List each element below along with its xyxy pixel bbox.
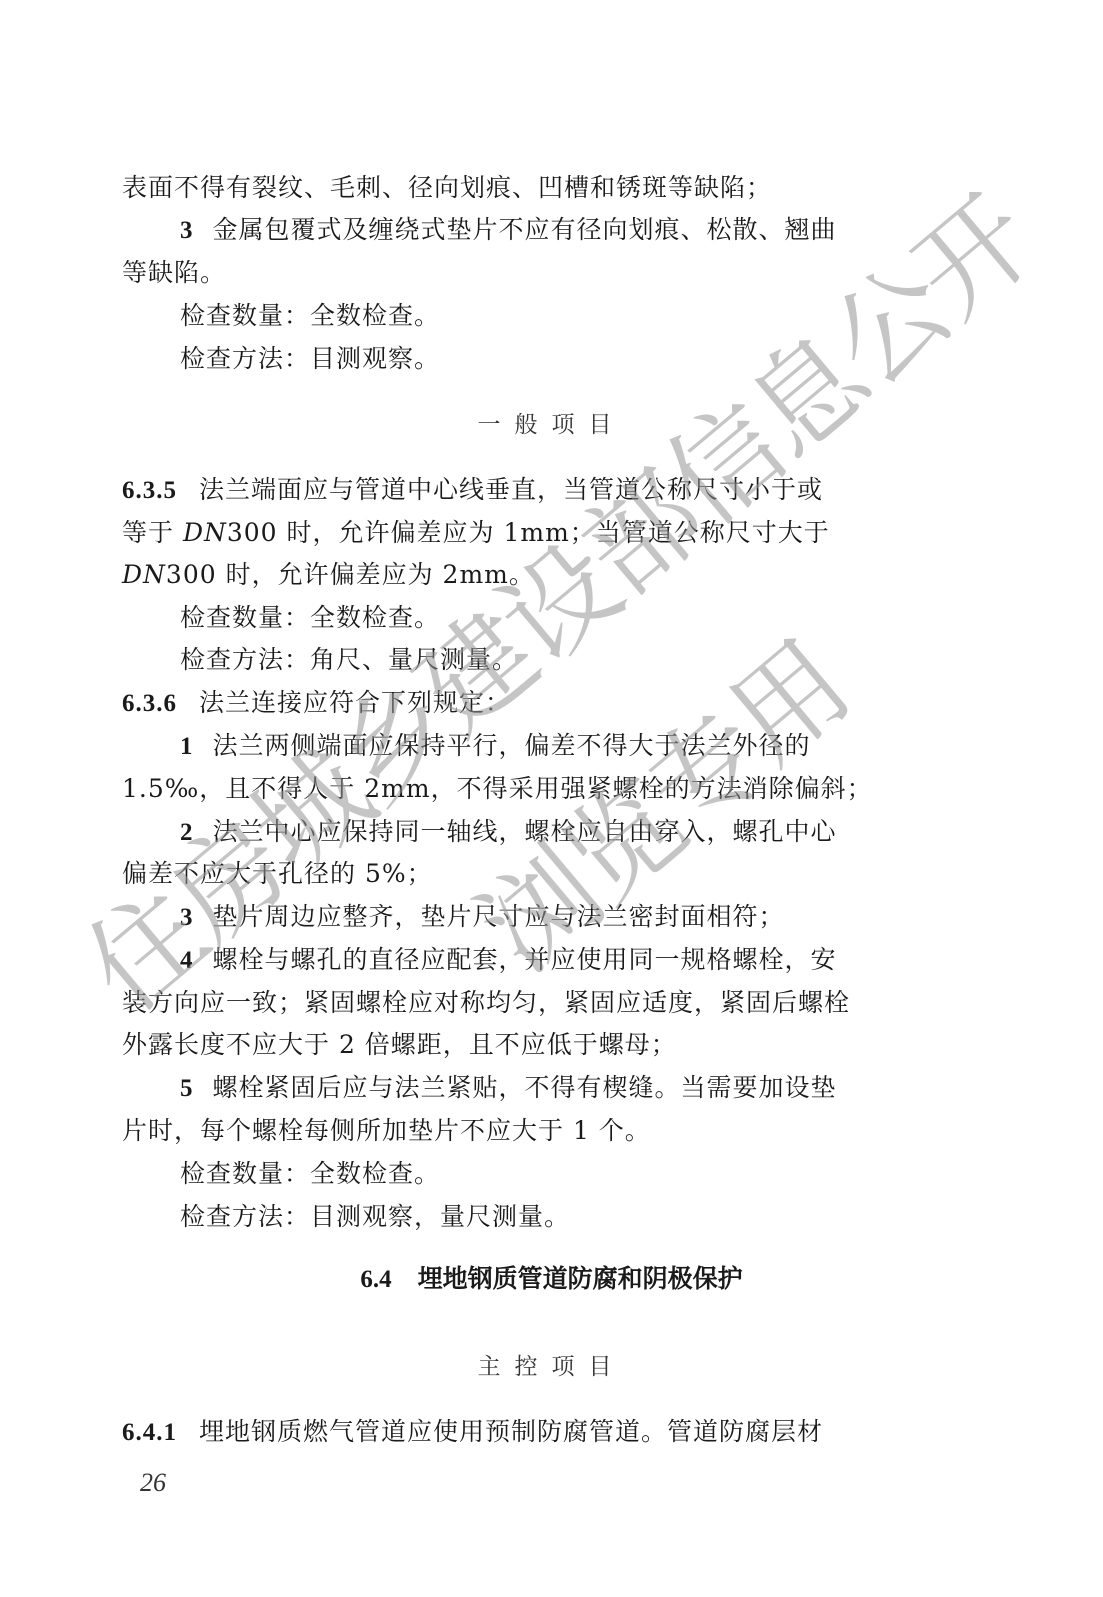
clause-6-3-6: 6.3.6法兰连接应符合下列规定： <box>122 686 922 721</box>
check-method: 检查方法：角尺、量尺测量。 <box>180 643 980 677</box>
item-text: 金属包覆式及缠绕式垫片不应有径向划痕、松散、翘曲 <box>213 215 837 244</box>
section-number: 6.4 <box>360 1266 391 1293</box>
list-item-2: 2法兰中心应保持同一轴线，螺栓应自由穿入，螺孔中心 <box>180 815 980 850</box>
clause-6-3-5: 6.3.5法兰端面应与管道中心线垂直，当管道公称尺寸小于或 <box>122 473 922 508</box>
item-number: 3 <box>180 217 193 244</box>
dn-symbol: DN <box>122 560 166 589</box>
check-quantity: 检查数量：全数检查。 <box>180 601 980 635</box>
item-text: 法兰中心应保持同一轴线，螺栓应自由穿入，螺孔中心 <box>213 817 837 846</box>
text: 300 时，允许偏差应为 2mm。 <box>166 560 535 589</box>
text-line: 外露长度不应大于 2 倍螺距，且不应低于螺母； <box>122 1028 922 1062</box>
clause-text: 法兰连接应符合下列规定： <box>199 688 511 717</box>
text-line: 片时，每个螺栓每侧所加垫片不应大于 1 个。 <box>122 1114 922 1148</box>
item-text: 螺栓与螺孔的直径应配套，并应使用同一规格螺栓，安 <box>213 945 837 974</box>
check-method: 检查方法：目测观察。 <box>180 342 980 376</box>
list-item-3: 3垫片周边应整齐，垫片尺寸应与法兰密封面相符； <box>180 900 980 935</box>
check-quantity: 检查数量：全数检查。 <box>180 1157 980 1191</box>
clause-text: 法兰端面应与管道中心线垂直，当管道公称尺寸小于或 <box>199 475 823 504</box>
item-text: 法兰两侧端面应保持平行，偏差不得大于法兰外径的 <box>213 731 811 760</box>
item-number: 5 <box>180 1075 193 1102</box>
text-line: DN300 时，允许偏差应为 2mm。 <box>122 558 922 592</box>
subheading-general-items: 一般项目 <box>0 408 1103 442</box>
text-line: 1.5‰，且不得人于 2mm，不得采用强紧螺栓的方法消除偏斜； <box>122 772 922 806</box>
dn-symbol: DN <box>183 518 227 547</box>
document-page: 表面不得有裂纹、毛刺、径向划痕、凹槽和锈斑等缺陷； 3金属包覆式及缠绕式垫片不应… <box>0 0 1103 1597</box>
subheading-main-items: 主控项目 <box>0 1350 1103 1384</box>
check-method: 检查方法：目测观察，量尺测量。 <box>180 1200 980 1234</box>
section-title-6-4: 6.4埋地钢质管道防腐和阴极保护 <box>0 1262 1103 1297</box>
list-item-5: 5螺栓紧固后应与法兰紧贴，不得有楔缝。当需要加设垫 <box>180 1071 980 1106</box>
text: 300 时，允许偏差应为 1mm；当管道公称尺寸大于 <box>227 518 830 547</box>
item-number: 4 <box>180 947 193 974</box>
text-line: 装方向应一致；紧固螺栓应对称均匀，紧固应适度，紧固后螺栓 <box>122 986 922 1020</box>
text-line: 表面不得有裂纹、毛刺、径向划痕、凹槽和锈斑等缺陷； <box>122 171 922 205</box>
list-item-3: 3金属包覆式及缠绕式垫片不应有径向划痕、松散、翘曲 <box>180 213 980 248</box>
check-quantity: 检查数量：全数检查。 <box>180 299 980 333</box>
text-line: 等缺陷。 <box>122 256 922 290</box>
item-text: 垫片周边应整齐，垫片尺寸应与法兰密封面相符； <box>213 902 785 931</box>
text-line: 偏差不应大于孔径的 5%； <box>122 857 922 891</box>
section-title-text: 埋地钢质管道防腐和阴极保护 <box>418 1264 743 1293</box>
list-item-4: 4螺栓与螺孔的直径应配套，并应使用同一规格螺栓，安 <box>180 943 980 978</box>
clause-number: 6.4.1 <box>122 1419 177 1446</box>
item-number: 1 <box>180 733 193 760</box>
text: 等于 <box>122 518 183 547</box>
text-line: 等于 DN300 时，允许偏差应为 1mm；当管道公称尺寸大于 <box>122 516 922 550</box>
list-item-1: 1法兰两侧端面应保持平行，偏差不得大于法兰外径的 <box>180 729 980 764</box>
clause-number: 6.3.6 <box>122 690 177 717</box>
item-number: 3 <box>180 904 193 931</box>
clause-6-4-1: 6.4.1埋地钢质燃气管道应使用预制防腐管道。管道防腐层材 <box>122 1415 922 1450</box>
clause-number: 6.3.5 <box>122 477 177 504</box>
page-number: 26 <box>140 1468 166 1498</box>
item-number: 2 <box>180 819 193 846</box>
clause-text: 埋地钢质燃气管道应使用预制防腐管道。管道防腐层材 <box>199 1417 823 1446</box>
item-text: 螺栓紧固后应与法兰紧贴，不得有楔缝。当需要加设垫 <box>213 1073 837 1102</box>
